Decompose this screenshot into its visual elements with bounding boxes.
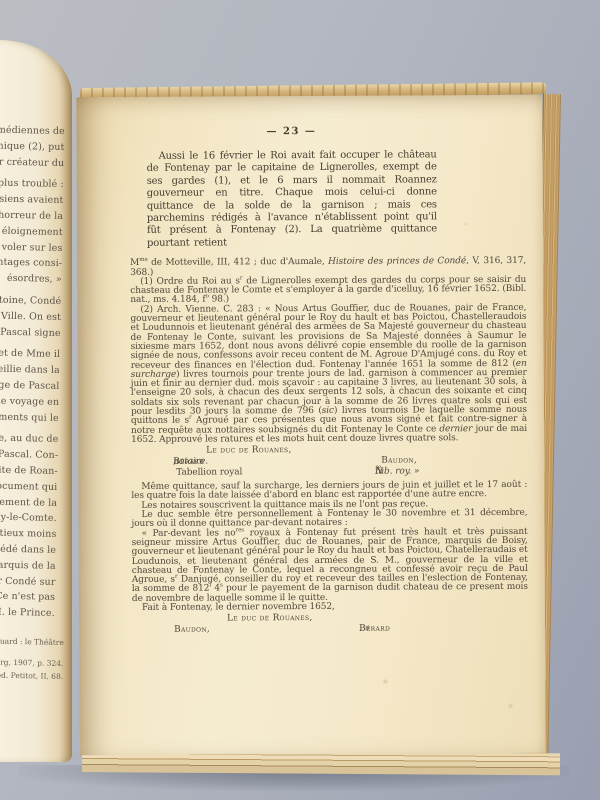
footnotes-section: Mme de Motteville, III, 412 ; duc d'Auma… [130, 257, 528, 637]
left-page-text-fragment: un comique (2), put [0, 137, 65, 156]
left-page-text-fragment: qu'à la suite de Roan- [0, 461, 58, 480]
body-text-column: — 23 — Aussi le 16 février le Roi avait … [146, 125, 437, 250]
left-page-text-fragment: is été plus troublé : [0, 174, 64, 193]
foxing-spots [76, 97, 78, 99]
left-page-text-column: les comédiennes deun comique (2), putle … [0, 121, 65, 622]
left-page-text-fragment: in, Retz (éd. Petitot, II, 68. [0, 667, 63, 683]
left-page-text-fragment: n pour voler sur les [0, 237, 63, 256]
left-page-text-fragment: Saint-Antoine, Condé [0, 291, 61, 310]
signature-baudon: Baudon, [174, 626, 210, 635]
left-page-text-fragment: rent un document qui [0, 477, 58, 496]
left-page-text-fragment: nt avec M. le Prince. [0, 603, 55, 622]
left-page-text-fragment: le futur créateur du [0, 152, 64, 171]
left-page-footnotes: 55. H. Clouard : le ThéâtreFribourg, 190… [0, 633, 64, 683]
left-page-text-fragment: avait horreur de la [0, 206, 63, 225]
signature-block-1: Le duc de Rouanes, Bérard, notaire. Baud… [131, 445, 527, 480]
footnote-1: (1) Ordre du Roi au sr de Lignerolles ex… [130, 276, 526, 306]
footnote-2: (2) Arch. Vienne. C. 283 : « Nous Artus … [130, 304, 527, 446]
left-page-text-fragment: t le passage de Pascal [0, 376, 60, 395]
left-page-text-fragment: arge un factieux moins [0, 524, 57, 543]
left-page-text-fragment: d'assassiner Condé sur [0, 571, 56, 590]
left-page-text-fragment: e Périer et de Mme il [0, 344, 60, 363]
signature-baudon: Baudon, [381, 457, 417, 466]
left-page-text-fragment: avait succédé dans le [0, 540, 56, 559]
note-fait-a-fontenay: Fait à Fontenay, le dernier novembre 165… [132, 602, 528, 613]
left-page-text-fragment: entaire (3). Ce n'est pas [0, 587, 55, 606]
left-page-text-fragment: si grand éloignement [0, 222, 63, 241]
left-page-text-fragment: 55. H. Clouard : le Théâtre [0, 633, 64, 649]
signature-row: Tabellion royal Nre tab. roy. » [131, 467, 527, 480]
left-page-text-fragment: ésordres, » [0, 269, 62, 288]
left-page-text-fragment: nne recueillie dans la [0, 360, 60, 379]
signature-row: Baudon, Bérard. » [132, 624, 528, 637]
left-page-text-fragment: a main de Pascal. Con- [0, 445, 58, 464]
left-page-text-fragment: ôtel de Ville. On est [0, 307, 61, 326]
note-meme-quittance: Même quittance, sauf la surcharge, les d… [131, 481, 527, 502]
body-paragraph: Aussi le 16 février le Roi avait fait oc… [147, 149, 438, 250]
left-page-text-fragment: les comédiennes de [0, 121, 65, 140]
right-book-page: — 23 — Aussi le 16 février le Roi avait … [76, 95, 545, 755]
book-photo-scene: les comédiennes deun comique (2), putle … [0, 0, 600, 800]
left-page-text-fragment: e Fontenay-le-Comte. [0, 508, 57, 527]
left-page-text-fragment: des avantages consi- [0, 253, 62, 272]
note-pardevant: « Par-devant les nores royaux à Fontenay… [132, 528, 528, 604]
left-page-text-fragment: hallard, marquis de la [0, 555, 56, 574]
left-page-text-fragment: Fribourg, 1907, p. 324. [0, 654, 64, 670]
page-number: — 23 — [146, 125, 436, 141]
left-book-page: les comédiennes deun comique (2), putle … [0, 40, 72, 762]
signature-tabellion-royal: Tabellion royal [176, 469, 242, 479]
left-page-text-fragment: ux documents qui le [0, 407, 59, 426]
left-page-text-fragment: ole que le voyage en [0, 392, 59, 411]
left-page-text-fragment: ay-le-Comte, au duc de [0, 429, 59, 448]
left-page-text-fragment: rié que Pascal signe [0, 322, 61, 341]
left-page-text-fragment: tous les siens avaient [0, 190, 64, 209]
signature-block-2: Le duc de Rouanes, Baudon, Bérard. » [132, 613, 528, 637]
left-page-text-fragment: au gouvernement de la [0, 492, 57, 511]
